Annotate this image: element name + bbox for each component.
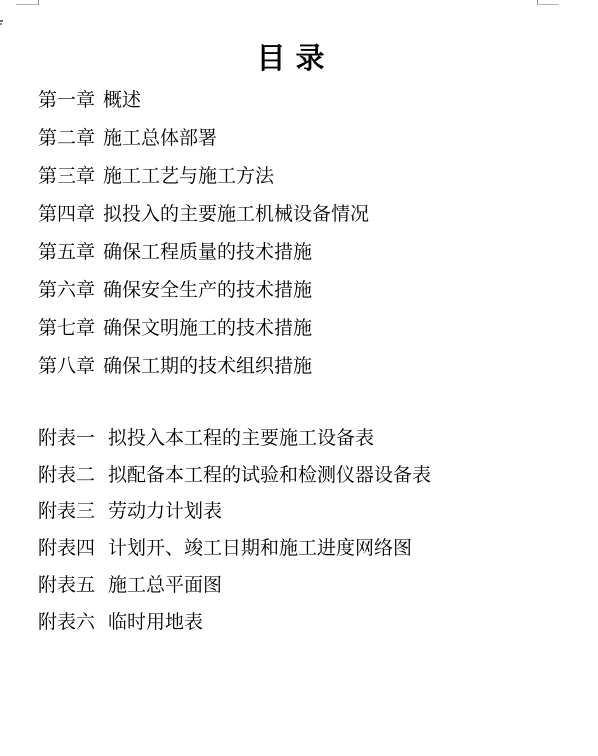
appendix-title: 拟配备本工程的试验和检测仪器设备表 bbox=[108, 460, 431, 487]
document-page: 目 录 第一章概述 第二章施工总体部署 第三章施工工艺与施工方法 第四章拟投入的… bbox=[0, 0, 598, 756]
chapter-number: 第三章 bbox=[38, 161, 95, 188]
appendix-title: 临时用地表 bbox=[108, 607, 203, 634]
chapter-title: 确保工程质量的技术措施 bbox=[103, 237, 312, 264]
toc-chapter-item: 第七章确保文明施工的技术措施 bbox=[38, 307, 369, 345]
appendix-list: 附表一拟投入本工程的主要施工设备表 附表二拟配备本工程的试验和检测仪器设备表 附… bbox=[38, 418, 431, 639]
chapter-title: 确保文明施工的技术措施 bbox=[103, 313, 312, 340]
toc-appendix-item: 附表六临时用地表 bbox=[38, 602, 431, 639]
appendix-number: 附表三 bbox=[38, 496, 95, 523]
chapter-title: 概述 bbox=[103, 85, 141, 112]
page-title: 目 录 bbox=[0, 42, 582, 76]
toc-chapter-item: 第二章施工总体部署 bbox=[38, 117, 369, 155]
appendix-number: 附表六 bbox=[38, 607, 95, 634]
toc-chapter-item: 第六章确保安全生产的技术措施 bbox=[38, 269, 369, 307]
chapter-title: 施工总体部署 bbox=[103, 123, 217, 150]
left-edge-mark bbox=[0, 23, 2, 25]
toc-appendix-item: 附表三劳动力计划表 bbox=[38, 492, 431, 529]
chapter-title: 确保工期的技术组织措施 bbox=[103, 351, 312, 378]
chapter-title: 确保安全生产的技术措施 bbox=[103, 275, 312, 302]
text-boundary-mark-top-left-vertical bbox=[38, 0, 39, 5]
toc-chapter-item: 第三章施工工艺与施工方法 bbox=[38, 155, 369, 193]
chapter-number: 第五章 bbox=[38, 237, 95, 264]
toc-appendix-item: 附表五施工总平面图 bbox=[38, 565, 431, 602]
appendix-number: 附表五 bbox=[38, 570, 95, 597]
toc-chapter-item: 第四章拟投入的主要施工机械设备情况 bbox=[38, 193, 369, 231]
chapter-number: 第一章 bbox=[38, 85, 95, 112]
toc-chapter-item: 第八章确保工期的技术组织措施 bbox=[38, 345, 369, 383]
toc-chapter-item: 第五章确保工程质量的技术措施 bbox=[38, 231, 369, 269]
toc-appendix-item: 附表二拟配备本工程的试验和检测仪器设备表 bbox=[38, 455, 431, 492]
left-edge-mark bbox=[0, 20, 3, 22]
toc-appendix-item: 附表四计划开、竣工日期和施工进度网络图 bbox=[38, 528, 431, 565]
toc-chapter-item: 第一章概述 bbox=[38, 79, 369, 117]
text-boundary-mark-top-right-horizontal bbox=[537, 4, 559, 5]
appendix-number: 附表二 bbox=[38, 460, 95, 487]
chapter-number: 第四章 bbox=[38, 199, 95, 226]
text-boundary-mark-top-left-horizontal bbox=[16, 4, 39, 5]
appendix-number: 附表四 bbox=[38, 533, 95, 560]
chapter-number: 第七章 bbox=[38, 313, 95, 340]
appendix-title: 劳动力计划表 bbox=[108, 496, 222, 523]
chapter-list: 第一章概述 第二章施工总体部署 第三章施工工艺与施工方法 第四章拟投入的主要施工… bbox=[38, 79, 369, 383]
toc-appendix-item: 附表一拟投入本工程的主要施工设备表 bbox=[38, 418, 431, 455]
chapter-title: 拟投入的主要施工机械设备情况 bbox=[103, 199, 369, 226]
appendix-title: 施工总平面图 bbox=[108, 570, 222, 597]
chapter-number: 第八章 bbox=[38, 351, 95, 378]
chapter-number: 第六章 bbox=[38, 275, 95, 302]
appendix-title: 计划开、竣工日期和施工进度网络图 bbox=[108, 533, 412, 560]
appendix-number: 附表一 bbox=[38, 423, 95, 450]
chapter-number: 第二章 bbox=[38, 123, 95, 150]
appendix-title: 拟投入本工程的主要施工设备表 bbox=[108, 423, 374, 450]
chapter-title: 施工工艺与施工方法 bbox=[103, 161, 274, 188]
